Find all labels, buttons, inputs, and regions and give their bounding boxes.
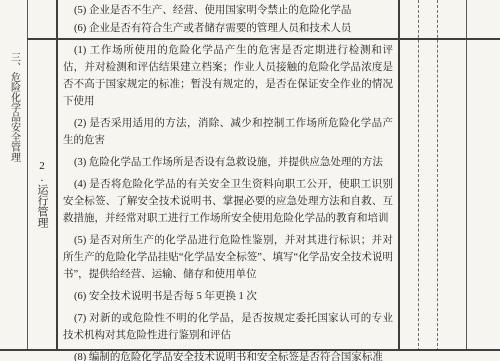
grid-vline-question-left — [56, 0, 58, 351]
subsection-title-cell: 2.运行管理 — [28, 39, 56, 349]
grid-vline-check-2 — [437, 0, 438, 351]
upper-subsection-items-cell: (5) 企业是否不生产、经营、使用国家明令禁止的危险化学品 (6) 企业是否有符… — [57, 0, 398, 38]
question-item-6: (6) 安全技术说明书是否每 5 年更换 1 次 — [63, 288, 393, 305]
scanned-checklist-page: 三、危险化学品安全管理 2.运行管理 (5) 企业是否不生产、经营、使用国家明令… — [0, 0, 500, 361]
question-item-7: (7) 对新的或危险性不明的化学品，是否按规定委托国家认可的专业技术机构对其危险… — [63, 310, 393, 344]
question-item-3: (3) 危险化学品工作场所是否设有急救设施，并提供应急处理的方法 — [63, 154, 393, 171]
section-title: 三、危险化学品安全管理 — [3, 52, 25, 162]
subsection-title: 2.运行管理 — [30, 160, 54, 228]
check-cell-main-4 — [467, 40, 500, 349]
grid-hline-section-divider — [27, 38, 500, 40]
check-cell-main-2 — [419, 40, 437, 349]
grid-vline-check-1 — [418, 0, 419, 351]
question-item-4: (4) 是否将危险化学品的有关安全卫生资料向职工公开，使职工识别安全标签、了解安… — [63, 176, 393, 227]
check-cell-top-2 — [419, 0, 437, 38]
check-cell-main-3 — [438, 40, 466, 349]
check-cell-top-1 — [400, 0, 418, 38]
grid-hline-bottom-border — [0, 349, 500, 351]
question-item-1: (1) 工作场所使用的危险化学品产生的危害是否定期进行检测和评估，并对检测和评估… — [63, 42, 393, 110]
grid-vline-rail-divider — [27, 0, 28, 351]
question-item-5-upper: (5) 企业是否不生产、经营、使用国家明令禁止的危险化学品 — [63, 3, 393, 19]
check-cell-main-1 — [400, 40, 418, 349]
section-title-cell: 三、危险化学品安全管理 — [0, 52, 27, 350]
question-item-2: (2) 是否采用适用的方法，消除、减少和控制工作场所危险化学品产生的危害 — [63, 115, 393, 149]
grid-vline-question-right — [398, 0, 400, 351]
question-item-6-upper: (6) 企业是否有符合生产或者储存需要的管理人员和技术人员 — [63, 21, 393, 37]
question-item-5: (5) 是否对所生产的化学品进行危险性鉴别，并对其进行标识；并对所生产的危险化学… — [63, 232, 393, 283]
check-cell-top-4 — [467, 0, 500, 38]
run-management-items-cell: (1) 工作场所使用的危险化学品产生的危害是否定期进行检测和评估，并对检测和评估… — [57, 39, 398, 349]
check-cell-top-3 — [438, 0, 466, 38]
grid-vline-check-3 — [466, 0, 467, 351]
